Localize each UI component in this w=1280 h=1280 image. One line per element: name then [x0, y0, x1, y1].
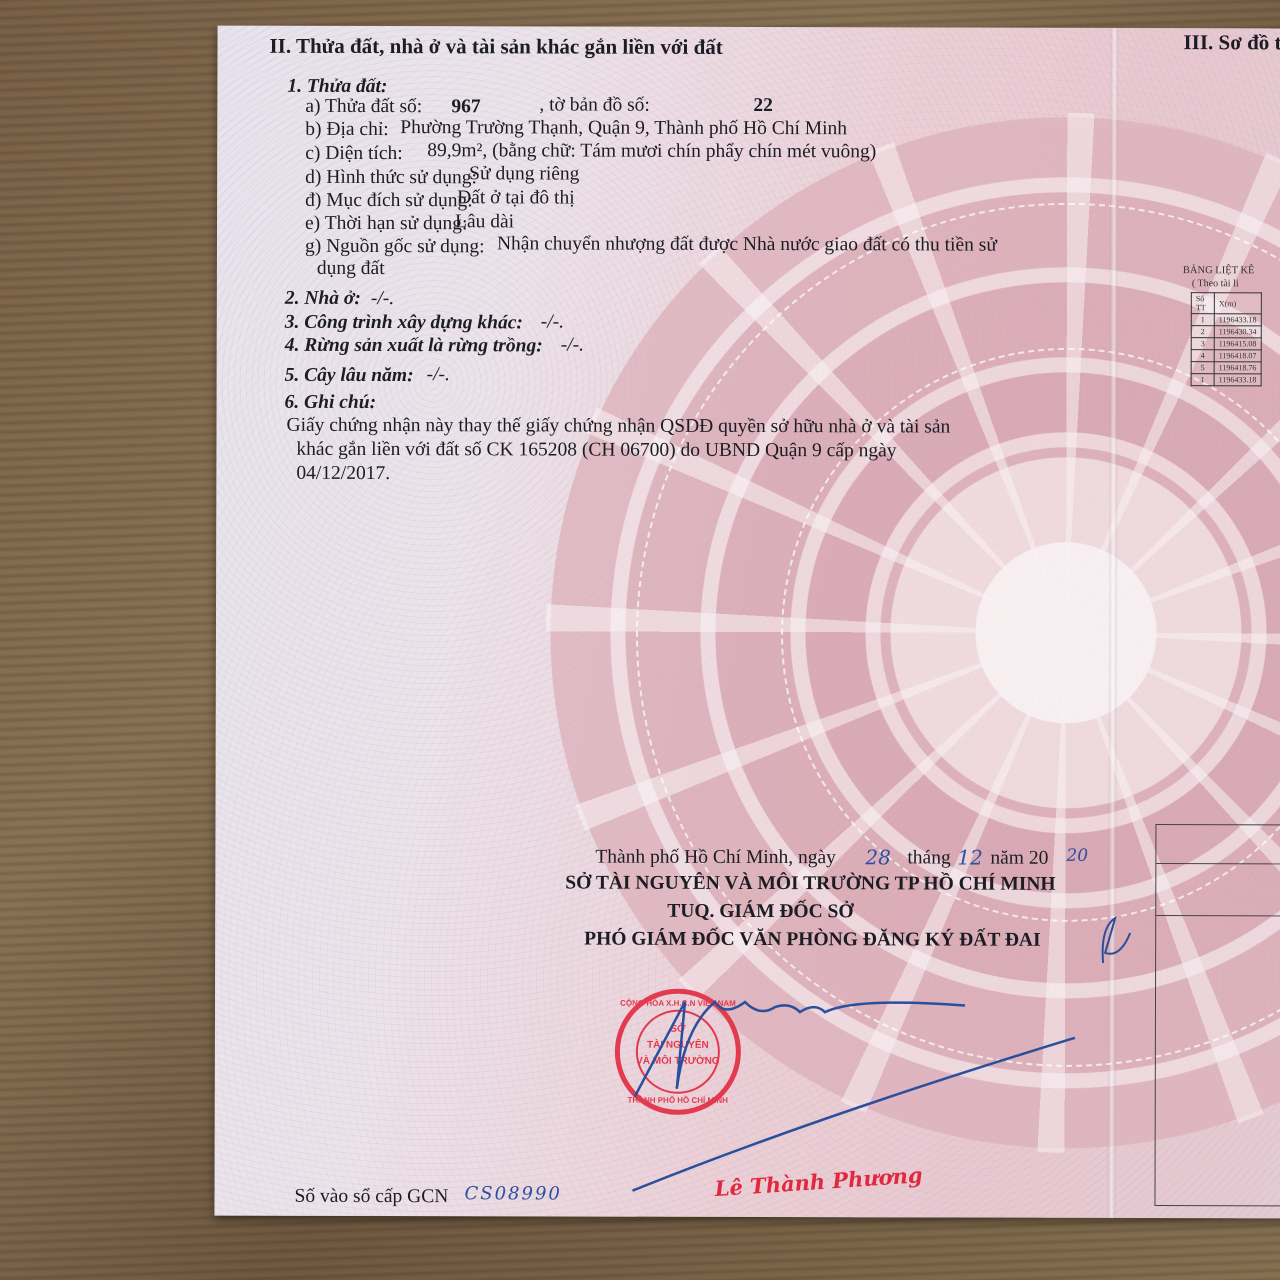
col-header-x: X(m): [1214, 293, 1261, 314]
purpose-label: đ) Mục đích sử dụng:: [305, 190, 473, 212]
area-value: 89,9m², (bằng chữ: Tám mươi chín phẩy ch…: [427, 140, 876, 163]
registry-number: CS08990: [464, 1183, 561, 1204]
issuing-agency: SỞ TÀI NGUYÊN VÀ MÔI TRƯỜNG TP HỒ CHÍ MI…: [565, 873, 1055, 896]
other-construction-value: -/-.: [541, 311, 564, 333]
plot-number-label: a) Thửa đất số:: [305, 96, 422, 118]
x-coordinate: 1196433.18: [1214, 374, 1261, 386]
land-plot-heading: 1. Thửa đất:: [287, 76, 387, 98]
diagram-frame: [1154, 824, 1280, 1207]
table-row: 11196433.18: [1191, 314, 1261, 326]
map-sheet-label: , tờ bản đồ số:: [539, 94, 650, 116]
coordinates-table: Số TT X(m) 11196433.1821196430.343119641…: [1191, 292, 1262, 386]
issue-year-suffix: 20: [1066, 846, 1088, 866]
signer-position: PHÓ GIÁM ĐỐC VĂN PHÒNG ĐĂNG KÝ ĐẤT ĐAI: [584, 929, 1041, 952]
issue-month: 12: [957, 846, 983, 870]
use-form-value: Sử dụng riêng: [469, 163, 579, 185]
table-row: 11196433.18: [1191, 374, 1261, 386]
issue-day: 28: [865, 845, 891, 869]
coords-table-subtitle: ( Theo tài li: [1192, 278, 1239, 289]
row-index: 2: [1191, 326, 1214, 338]
authority-line: TUQ. GIÁM ĐỐC SỞ: [667, 901, 853, 923]
house-label: 2. Nhà ở:: [285, 288, 361, 310]
map-sheet-number: 22: [753, 95, 773, 117]
land-use-certificate-page: II. Thửa đất, nhà ở và tài sản khác gắn …: [214, 26, 1280, 1219]
notes-line2: khác gắn liền với đất số CK 165208 (CH 0…: [296, 439, 896, 463]
origin-value-line1: Nhận chuyển nhượng đất được Nhà nước gia…: [497, 233, 997, 256]
row-index: 5: [1191, 362, 1214, 374]
plot-number: 967: [451, 96, 480, 118]
row-index: 1: [1191, 314, 1214, 326]
section-iii-title: III. Sơ đồ t: [1183, 30, 1280, 55]
col-header-index: Số TT: [1191, 293, 1214, 314]
notes-label: 6. Ghi chú:: [285, 392, 377, 414]
term-value: Lâu dài: [455, 211, 514, 233]
row-index: 4: [1191, 350, 1214, 362]
table-row: 31196415.08: [1191, 338, 1261, 350]
production-forest-value: -/-.: [561, 334, 584, 356]
perennial-trees-label: 5. Cây lâu năm:: [285, 365, 414, 387]
seal-line-2: TÀI NGUYÊN: [620, 1040, 736, 1051]
registry-label: Số vào sổ cấp GCN: [294, 1186, 448, 1208]
table-row: 51196418.76: [1191, 362, 1261, 374]
row-index: 3: [1191, 338, 1214, 350]
production-forest-label: 4. Rừng sản xuất là rừng trồng:: [285, 335, 543, 358]
use-form-label: d) Hình thức sử dụng:: [305, 167, 477, 189]
row-index: 1: [1191, 374, 1214, 386]
x-coordinate: 1196433.18: [1214, 314, 1261, 326]
year-label: năm 20: [990, 848, 1048, 870]
perennial-trees-value: -/-.: [427, 364, 450, 386]
x-coordinate: 1196430.34: [1214, 326, 1261, 338]
address-label: b) Địa chỉ:: [305, 119, 388, 141]
x-coordinate: 1196418.07: [1214, 350, 1261, 362]
origin-label: g) Nguồn gốc sử dụng:: [305, 236, 485, 258]
month-label: tháng: [907, 847, 950, 869]
section-ii-title: II. Thửa đất, nhà ở và tài sản khác gắn …: [269, 34, 722, 60]
area-label: c) Diện tích:: [305, 143, 403, 165]
table-row: 21196430.34: [1191, 326, 1261, 338]
x-coordinate: 1196418.76: [1214, 362, 1261, 374]
place-date-prefix: Thành phố Hồ Chí Minh, ngày: [595, 847, 836, 870]
x-coordinate: 1196415.08: [1214, 338, 1261, 350]
table-row: 41196418.07: [1191, 350, 1261, 362]
seal-outer-text-top: CỘNG HÒA X.H.C.N VIỆT NAM: [620, 999, 736, 1008]
official-red-seal: CỘNG HÒA X.H.C.N VIỆT NAM SỞ TÀI NGUYÊN …: [615, 989, 741, 1115]
seal-line-3: VÀ MÔI TRƯỜNG: [620, 1056, 736, 1067]
purpose-value: Đất ở tại đô thị: [457, 187, 575, 209]
notes-line1: Giấy chứng nhận này thay thế giấy chứng …: [286, 415, 950, 439]
address-value: Phường Trường Thạnh, Quận 9, Thành phố H…: [400, 117, 847, 140]
seal-outer-text-bottom: THÀNH PHỐ HỒ CHÍ MINH: [620, 1096, 736, 1105]
notes-line3: 04/12/2017.: [296, 463, 390, 485]
origin-value-line2: dụng đất: [317, 258, 385, 280]
term-label: e) Thời hạn sử dụng:: [305, 213, 467, 235]
coords-table-title: BẢNG LIỆT KÊ: [1183, 265, 1255, 276]
house-value: -/-.: [371, 288, 394, 310]
other-construction-label: 3. Công trình xây dựng khác:: [285, 312, 523, 335]
seal-line-1: SỞ: [620, 1024, 736, 1035]
